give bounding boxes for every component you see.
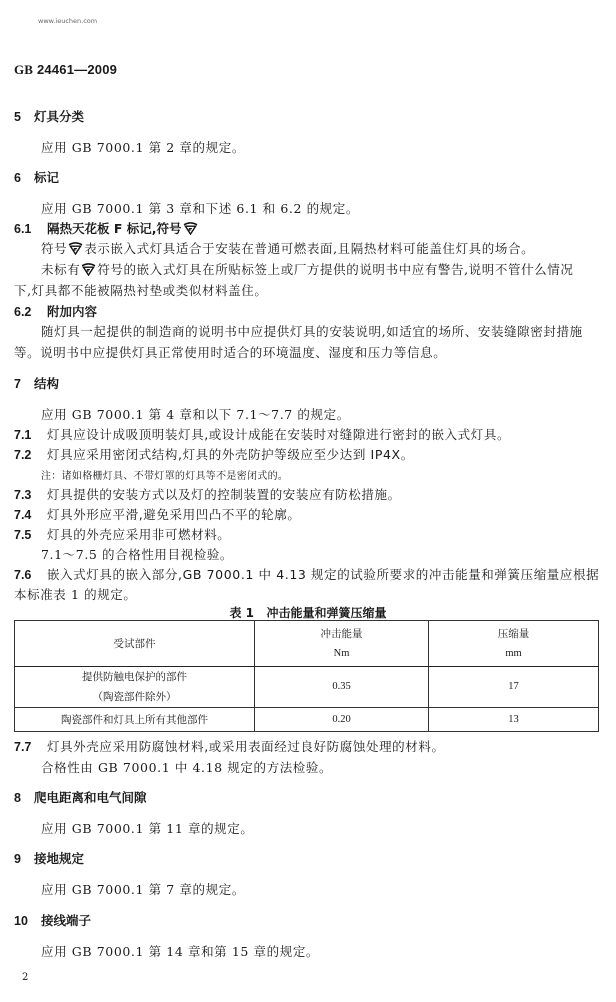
section-6-1-para-1: 符号表示嵌入式灯具适合于安装在普通可燃表面,且隔热材料可能盖住灯具的场合。 — [41, 239, 534, 257]
thermal-insulation-symbol-icon — [68, 242, 83, 255]
table-1: 受试部件 冲击能量Nm 压缩量mm 提供防触电保护的部件（陶瓷部件除外） 0.3… — [14, 620, 599, 732]
section-6-body: 应用 GB 7000.1 第 3 章和下述 6.1 和 6.2 的规定。 — [41, 199, 359, 217]
standard-code: GB 24461—2009 — [14, 62, 117, 78]
cell-energy: 0.35 — [255, 667, 429, 708]
section-6-heading: 6标记 — [14, 168, 59, 186]
section-6-2-heading: 6.2附加内容 — [14, 302, 97, 320]
section-6-1-para-2-cont: 下,灯具都不能被隔热衬垫或类似材料盖住。 — [14, 281, 267, 299]
cell-text: （陶瓷部件除外） — [15, 687, 254, 707]
clause-text: 灯具外形应平滑,避免采用凹凸不平的轮廓。 — [47, 507, 300, 522]
section-number: 9 — [14, 852, 34, 866]
section-8-heading: 8爬电距离和电气间隙 — [14, 788, 147, 806]
header-unit: Nm — [255, 644, 428, 664]
section-number: 8 — [14, 791, 34, 805]
section-10-heading: 10接线端子 — [14, 911, 91, 929]
section-number: 10 — [14, 914, 41, 928]
check-7-7: 合格性由 GB 7000.1 中 4.18 规定的方法检验。 — [41, 758, 332, 776]
clause-7-3: 7.3灯具提供的安装方式以及灯的控制装置的安装应有防松措施。 — [14, 485, 401, 503]
section-6-2-para-cont: 等。说明书中应提供灯具正常使用时适合的环境温度、湿度和压力等信息。 — [14, 343, 446, 361]
clause-7-1: 7.1灯具应设计成吸顶明装灯具,或设计成能在安装时对缝隙进行密封的嵌入式灯具。 — [14, 425, 510, 443]
text: 表示嵌入式灯具适合于安装在普通可燃表面,且隔热材料可能盖住灯具的场合。 — [84, 241, 534, 256]
clause-number: 7.3 — [14, 488, 47, 502]
standard-number: 24461—2009 — [37, 62, 117, 77]
cell-part: 提供防触电保护的部件（陶瓷部件除外） — [15, 667, 255, 708]
clause-number: 7.1 — [14, 428, 47, 442]
text: 未标有 — [41, 262, 80, 277]
clause-number: 7.7 — [14, 740, 47, 754]
section-title: 接线端子 — [41, 913, 91, 928]
clause-7-5: 7.5灯具的外壳应采用非可燃材料。 — [14, 525, 230, 543]
header-unit: mm — [429, 644, 598, 664]
clause-7-6-cont: 本标准表 1 的规定。 — [14, 585, 137, 603]
section-title: 爬电距离和电气间隙 — [34, 790, 147, 805]
clause-7-2: 7.2灯具应采用密闭式结构,灯具的外壳防护等级应至少达到 IP4X。 — [14, 445, 414, 463]
section-number: 5 — [14, 110, 34, 124]
thermal-insulation-symbol-icon — [183, 222, 198, 235]
clause-text: 灯具应设计成吸顶明装灯具,或设计成能在安装时对缝隙进行密封的嵌入式灯具。 — [47, 427, 510, 442]
header-cell-compression: 压缩量mm — [429, 621, 599, 667]
header-label: 冲击能量 — [255, 624, 428, 644]
text: 符号 — [41, 241, 67, 256]
section-7-heading: 7结构 — [14, 374, 59, 392]
section-6-1-para-2: 未标有符号的嵌入式灯具在所贴标签上或厂方提供的说明书中应有警告,说明不管什么情况 — [41, 260, 574, 278]
section-10-body: 应用 GB 7000.1 第 14 章和第 15 章的规定。 — [41, 942, 319, 960]
check-7-1-7-5: 7.1～7.5 的合格性用目视检验。 — [41, 545, 233, 563]
table-header-row: 受试部件 冲击能量Nm 压缩量mm — [15, 621, 599, 667]
clause-number: 7.6 — [14, 568, 47, 582]
section-9-body: 应用 GB 7000.1 第 7 章的规定。 — [41, 880, 245, 898]
header-label: 受试部件 — [114, 638, 156, 650]
section-number: 6 — [14, 171, 34, 185]
section-5-body: 应用 GB 7000.1 第 2 章的规定。 — [41, 138, 245, 156]
cell-energy: 0.20 — [255, 708, 429, 732]
section-title: 结构 — [34, 376, 59, 391]
standard-prefix: GB — [14, 62, 33, 77]
section-number: 7 — [14, 377, 34, 391]
section-9-heading: 9接地规定 — [14, 849, 84, 867]
watermark: www.ieuchen.com — [38, 17, 97, 25]
header-cell-part: 受试部件 — [15, 621, 255, 667]
thermal-insulation-symbol-icon — [81, 263, 96, 276]
page-number: 2 — [22, 972, 28, 983]
section-title: 标记 — [34, 170, 59, 185]
note-7-2: 注：诸如格栅灯具、不带灯罩的灯具等不是密闭式的。 — [41, 467, 288, 482]
section-6-1-heading: 6.1隔热天花板 F 标记,符号 — [14, 219, 199, 237]
section-title: 灯具分类 — [34, 109, 84, 124]
section-5-heading: 5灯具分类 — [14, 107, 84, 125]
section-number: 6.1 — [14, 222, 47, 236]
cell-compression: 17 — [429, 667, 599, 708]
section-number: 6.2 — [14, 305, 47, 319]
clause-text: 灯具外壳应采用防腐蚀材料,或采用表面经过良好防腐蚀处理的材料。 — [47, 739, 445, 754]
cell-text: 提供防触电保护的部件 — [15, 667, 254, 687]
section-title: 接地规定 — [34, 851, 84, 866]
clause-7-6: 7.6嵌入式灯具的嵌入部分,GB 7000.1 中 4.13 规定的试验所要求的… — [14, 565, 599, 583]
section-8-body: 应用 GB 7000.1 第 11 章的规定。 — [41, 819, 253, 837]
clause-number: 7.2 — [14, 448, 47, 462]
table-row: 提供防触电保护的部件（陶瓷部件除外） 0.35 17 — [15, 667, 599, 708]
cell-compression: 13 — [429, 708, 599, 732]
section-title: 隔热天花板 F 标记,符号 — [47, 221, 182, 236]
clause-number: 7.4 — [14, 508, 47, 522]
cell-part: 陶瓷部件和灯具上所有其他部件 — [15, 708, 255, 732]
table-row: 陶瓷部件和灯具上所有其他部件 0.20 13 — [15, 708, 599, 732]
clause-7-7: 7.7灯具外壳应采用防腐蚀材料,或采用表面经过良好防腐蚀处理的材料。 — [14, 737, 445, 755]
header-cell-energy: 冲击能量Nm — [255, 621, 429, 667]
section-6-2-para: 随灯具一起提供的制造商的说明书中应提供灯具的安装说明,如适宜的场所、安装缝隙密封… — [41, 322, 583, 340]
clause-text: 灯具应采用密闭式结构,灯具的外壳防护等级应至少达到 IP4X。 — [47, 447, 414, 462]
section-title: 附加内容 — [47, 304, 97, 319]
clause-number: 7.5 — [14, 528, 47, 542]
header-label: 压缩量 — [429, 624, 598, 644]
clause-text: 灯具的外壳应采用非可燃材料。 — [47, 527, 230, 542]
clause-text: 灯具提供的安装方式以及灯的控制装置的安装应有防松措施。 — [47, 487, 401, 502]
table-1-caption: 表 1 冲击能量和弹簧压缩量 — [0, 604, 616, 621]
section-7-body: 应用 GB 7000.1 第 4 章和以下 7.1～7.7 的规定。 — [41, 405, 350, 423]
text: 符号的嵌入式灯具在所贴标签上或厂方提供的说明书中应有警告,说明不管什么情况 — [97, 262, 573, 277]
clause-text: 嵌入式灯具的嵌入部分,GB 7000.1 中 4.13 规定的试验所要求的冲击能… — [47, 567, 599, 582]
clause-7-4: 7.4灯具外形应平滑,避免采用凹凸不平的轮廓。 — [14, 505, 300, 523]
